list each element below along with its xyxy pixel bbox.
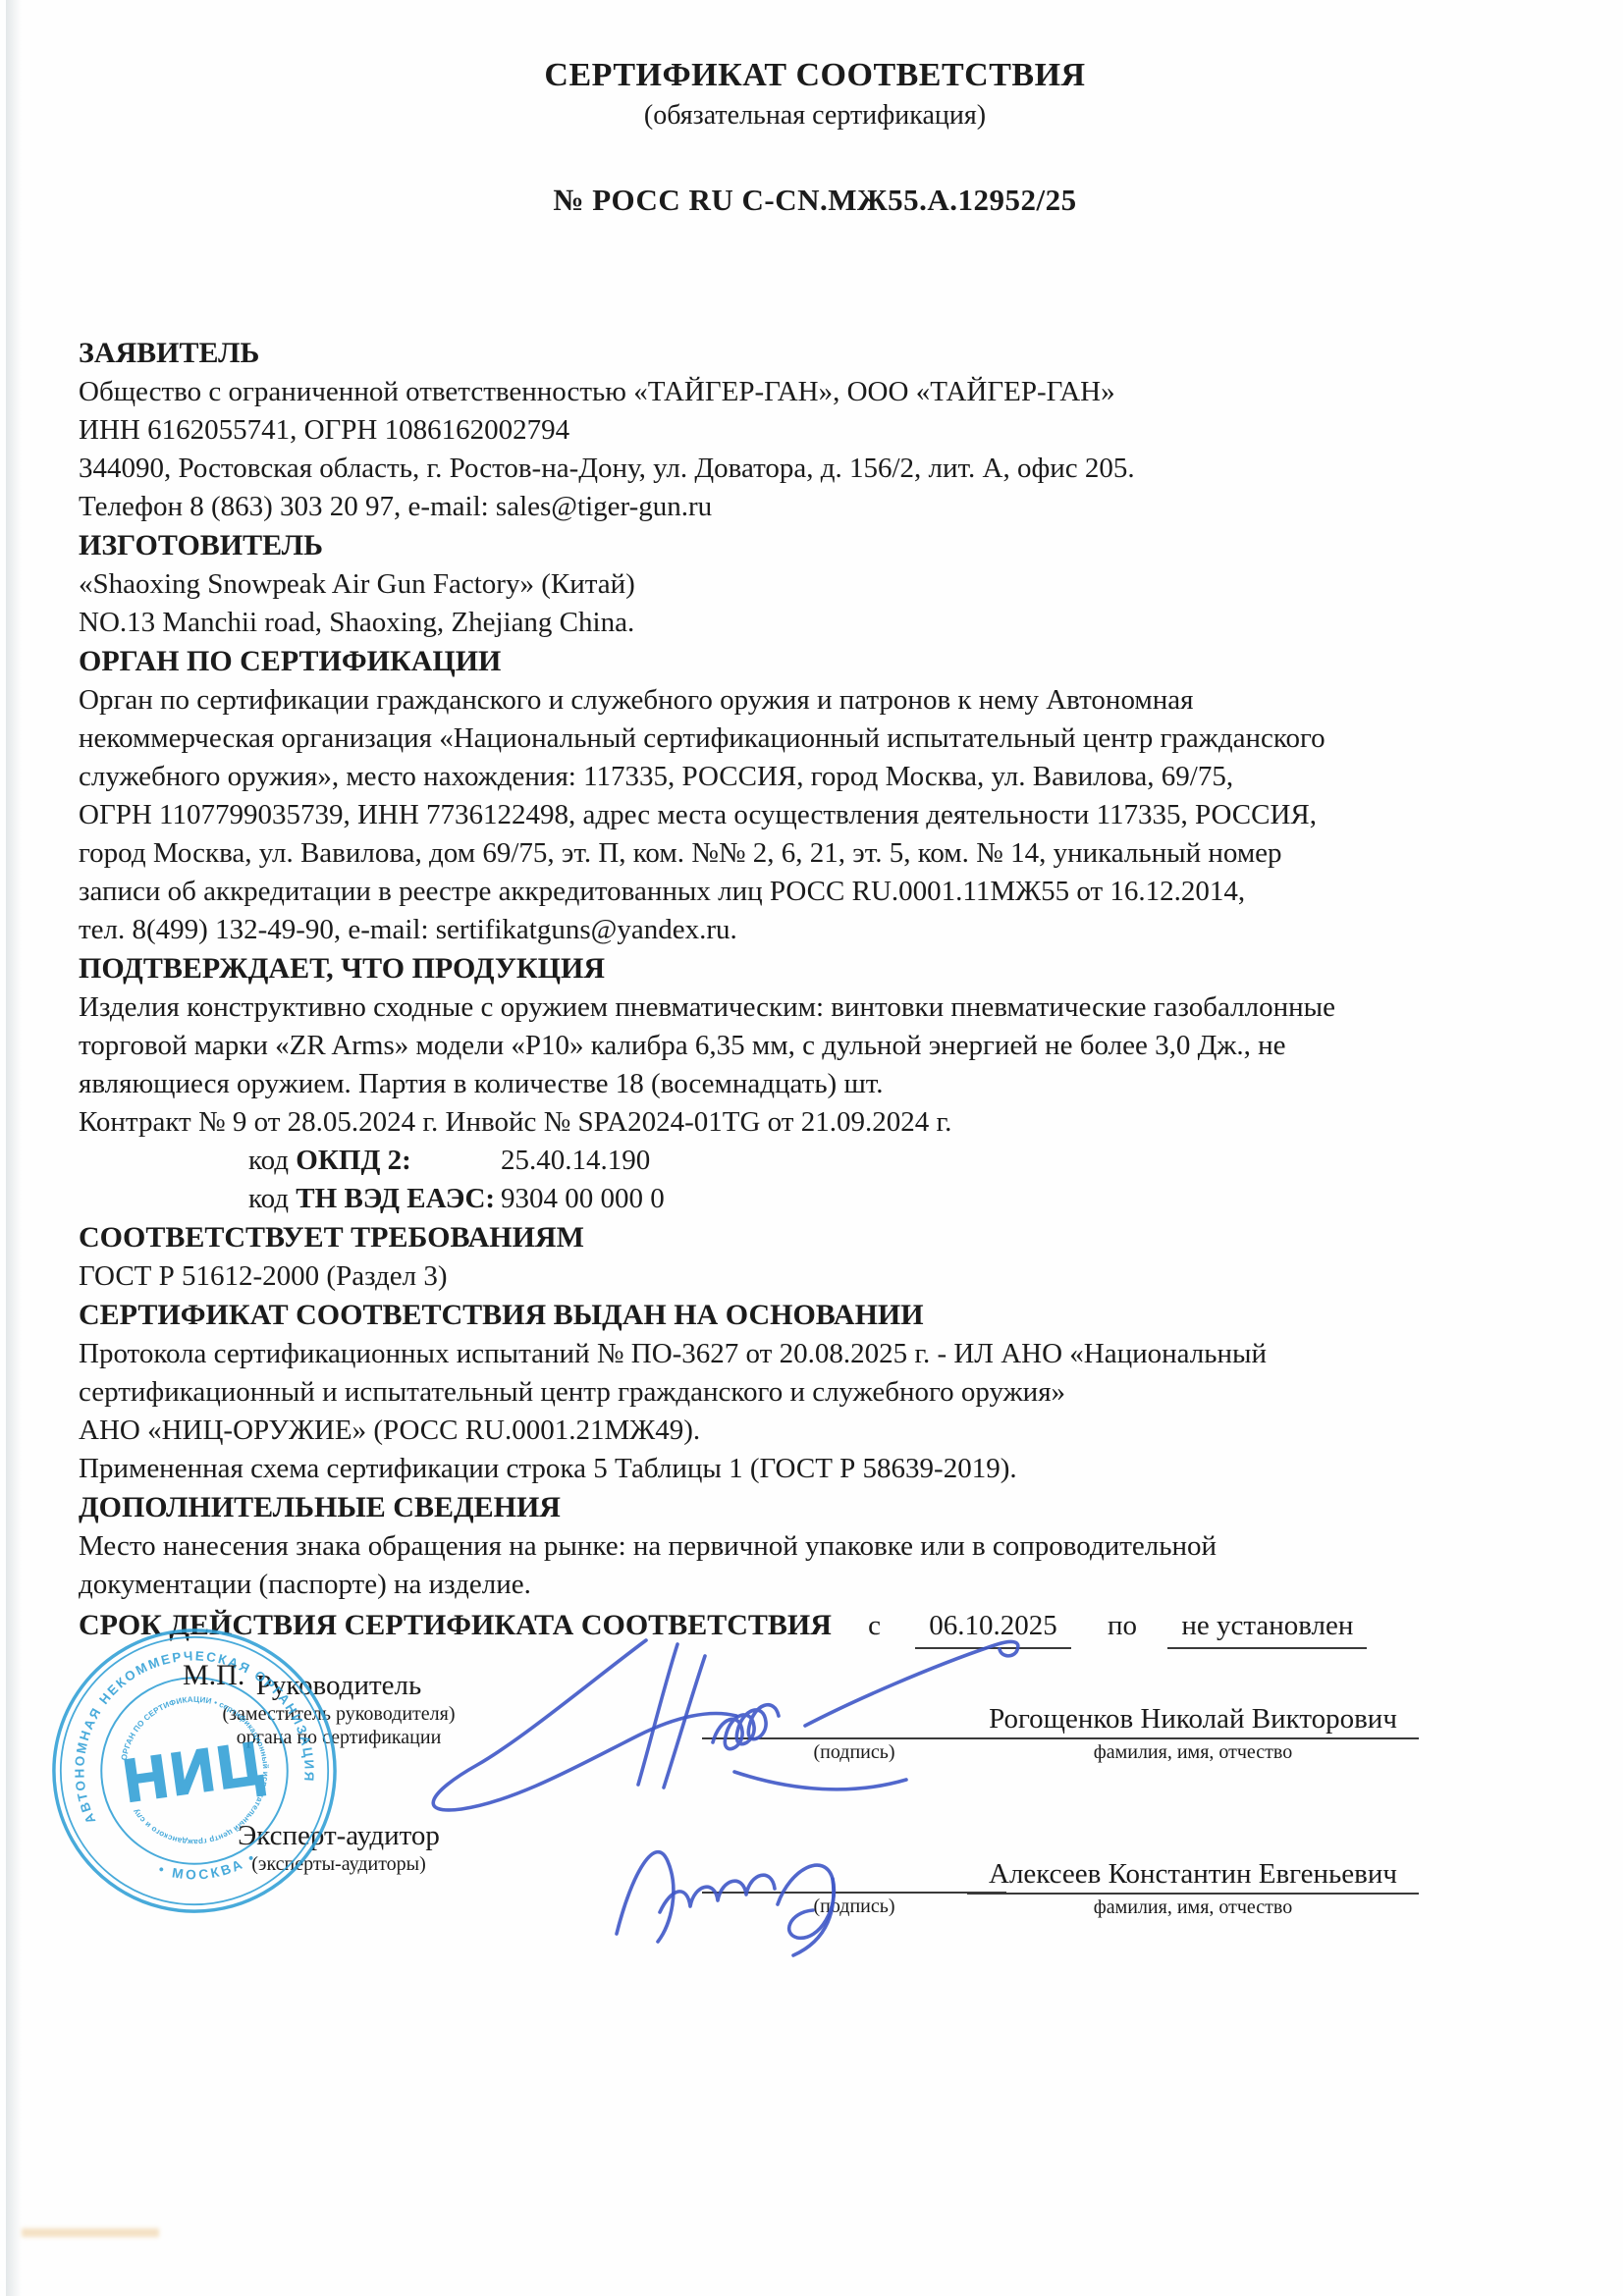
- head-name-block: Рогощенков Николай Викторович фамилия, и…: [967, 1700, 1419, 1765]
- expert-signature-caption: (подпись): [702, 1894, 1006, 1919]
- stamp-center-logo: НИЦ: [120, 1729, 270, 1814]
- basis-line: АНО «НИЦ-ОРУЖИЕ» (РОСС RU.0001.21МЖ49).: [79, 1412, 1551, 1450]
- okpd-code-value: 25.40.14.190: [501, 1145, 650, 1176]
- applicant-line: ИНН 6162055741, ОГРН 1086162002794: [79, 411, 1551, 450]
- product-confirmation-heading: ПОДТВЕРЖДАЕТ, ЧТО ПРОДУКЦИЯ: [79, 949, 1551, 988]
- certification-body-line: ОГРН 1107799035739, ИНН 7736122498, адре…: [79, 796, 1551, 834]
- okpd-code-label: код ОКПД 2:: [248, 1142, 501, 1180]
- certificate-number: № РОСС RU C-CN.МЖ55.А.12952/25: [79, 183, 1551, 218]
- basis-heading: СЕРТИФИКАТ СООТВЕТСТВИЯ ВЫДАН НА ОСНОВАН…: [79, 1296, 1551, 1335]
- basis-line: Примененная схема сертификации строка 5 …: [79, 1450, 1551, 1488]
- applicant-line: 344090, Ростовская область, г. Ростов-на…: [79, 450, 1551, 488]
- product-line: являющиеся оружием. Партия в количестве …: [79, 1065, 1551, 1103]
- expert-name-block: Алексеев Константин Евгеньевич фамилия, …: [967, 1855, 1419, 1920]
- additional-info-line: Место нанесения знака обращения на рынке…: [79, 1527, 1551, 1566]
- certification-body-line: некоммерческая организация «Национальный…: [79, 720, 1551, 758]
- head-signature-line: (подпись): [702, 1737, 1006, 1765]
- validity-from-label: с: [868, 1610, 881, 1641]
- validity-from-date: 06.10.2025: [915, 1607, 1071, 1649]
- tnved-code-value: 9304 00 000 0: [501, 1183, 665, 1214]
- scan-edge-artifact: [6, 0, 22, 2296]
- basis-line: сертификационный и испытательный центр г…: [79, 1373, 1551, 1412]
- additional-info-heading: ДОПОЛНИТЕЛЬНЫЕ СВЕДЕНИЯ: [79, 1488, 1551, 1527]
- expert-signature-line: (подпись): [702, 1892, 1006, 1919]
- certification-body-line: тел. 8(499) 132-49-90, e-mail: sertifika…: [79, 911, 1551, 949]
- document-body: ЗАЯВИТЕЛЬ Общество с ограниченной ответс…: [79, 334, 1551, 1649]
- manufacturer-line: NO.13 Manchii road, Shaoxing, Zhejiang C…: [79, 604, 1551, 642]
- certification-body-line: Орган по сертификации гражданского и слу…: [79, 681, 1551, 720]
- requirements-line: ГОСТ Р 51612-2000 (Раздел 3): [79, 1257, 1551, 1296]
- applicant-heading: ЗАЯВИТЕЛЬ: [79, 334, 1551, 373]
- validity-to-value: не установлен: [1167, 1607, 1367, 1649]
- applicant-line: Телефон 8 (863) 303 20 97, e-mail: sales…: [79, 488, 1551, 526]
- stamp-place-label: М.П.: [183, 1659, 244, 1692]
- requirements-heading: СООТВЕТСТВУЕТ ТРЕБОВАНИЯМ: [79, 1218, 1551, 1257]
- basis-line: Протокола сертификационных испытаний № П…: [79, 1335, 1551, 1373]
- document-title: СЕРТИФИКАТ СООТВЕТСТВИЯ: [79, 57, 1551, 94]
- document-content: СЕРТИФИКАТ СООТВЕТСТВИЯ (обязательная се…: [79, 0, 1551, 1649]
- head-signature-scribble: [410, 1623, 1058, 1824]
- certification-body-round-stamp: АВТОНОМНАЯ НЕКОММЕРЧЕСКАЯ ОРГАНИЗАЦИЯ ОГ…: [30, 1607, 358, 1935]
- head-name-caption: фамилия, имя, отчество: [967, 1739, 1419, 1765]
- head-signature-caption: (подпись): [702, 1739, 1006, 1765]
- certification-body-line: служебного оружия», место нахождения: 11…: [79, 758, 1551, 796]
- manufacturer-line: «Shaoxing Snowpeak Air Gun Factory» (Кит…: [79, 565, 1551, 604]
- expert-name-caption: фамилия, имя, отчество: [967, 1895, 1419, 1920]
- head-full-name: Рогощенков Николай Викторович: [967, 1700, 1419, 1739]
- tnved-code-label: код ТН ВЭД ЕАЭС:: [248, 1180, 501, 1218]
- tnved-code-row: код ТН ВЭД ЕАЭС:9304 00 000 0: [79, 1180, 1551, 1218]
- stamp-city-text: • МОСКВА •: [155, 1847, 261, 1889]
- manufacturer-heading: ИЗГОТОВИТЕЛЬ: [79, 526, 1551, 565]
- certification-body-line: записи об аккредитации в реестре аккреди…: [79, 873, 1551, 911]
- product-line: торговой марки «ZR Arms» модели «P10» ка…: [79, 1027, 1551, 1065]
- applicant-line: Общество с ограниченной ответственностью…: [79, 373, 1551, 411]
- product-line: Изделия конструктивно сходные с оружием …: [79, 988, 1551, 1027]
- additional-info-line: документации (паспорте) на изделие.: [79, 1566, 1551, 1604]
- scan-smudge-artifact: [22, 2228, 159, 2237]
- document-header: СЕРТИФИКАТ СООТВЕТСТВИЯ (обязательная се…: [79, 0, 1551, 218]
- expert-signature-scribble: [589, 1814, 893, 1961]
- certification-body-line: город Москва, ул. Вавилова, дом 69/75, э…: [79, 834, 1551, 873]
- certificate-document-page: СЕРТИФИКАТ СООТВЕТСТВИЯ (обязательная се…: [0, 0, 1623, 2296]
- product-line: Контракт № 9 от 28.05.2024 г. Инвойс № S…: [79, 1103, 1551, 1142]
- certification-body-heading: ОРГАН ПО СЕРТИФИКАЦИИ: [79, 642, 1551, 681]
- validity-to-label: по: [1108, 1610, 1137, 1641]
- okpd-code-row: код ОКПД 2:25.40.14.190: [79, 1142, 1551, 1180]
- expert-full-name: Алексеев Константин Евгеньевич: [967, 1855, 1419, 1895]
- document-subtitle: (обязательная сертификация): [79, 100, 1551, 132]
